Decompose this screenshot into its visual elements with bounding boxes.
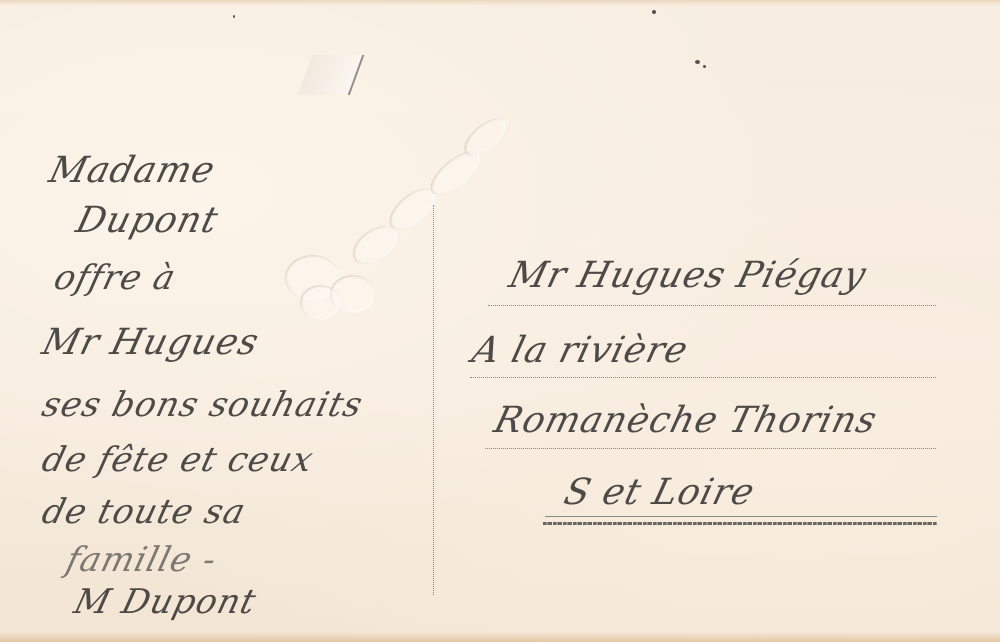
message-line: de toute sa [38,492,250,532]
message-line: Mr Hugues [38,322,263,363]
message-line: offre à [50,258,180,298]
address-rule [485,448,936,449]
address-line-name: Mr Hugues Piégay [505,255,871,296]
message-line: Madame [45,150,220,191]
postcard: Madame Dupont offre à Mr Hugues ses bons… [0,0,1000,642]
embossed-motif [300,285,340,320]
paper-speck [233,15,235,18]
address-line-locality: A la rivière [468,330,692,371]
message-line: ses bons souhaits [38,385,367,425]
paper-speck [695,60,700,64]
center-divider [433,205,434,595]
address-line-town: Romanèche Thorins [490,400,881,441]
address-rule [470,377,936,378]
address-rule-double [543,522,937,525]
message-line: Dupont [72,200,223,241]
message-line: famille - [62,540,221,580]
address-rule [545,516,937,517]
address-rule [488,305,936,306]
message-line: de fête et ceux [38,440,318,480]
paper-speck [703,65,706,68]
paper-speck [652,10,656,14]
embossed-corner-mark [298,55,365,95]
paper-edge-bottom [0,632,1000,642]
paper-edge-top [0,0,1000,6]
signature: M Dupont [70,582,261,622]
address-line-department: S et Loire [560,472,759,513]
